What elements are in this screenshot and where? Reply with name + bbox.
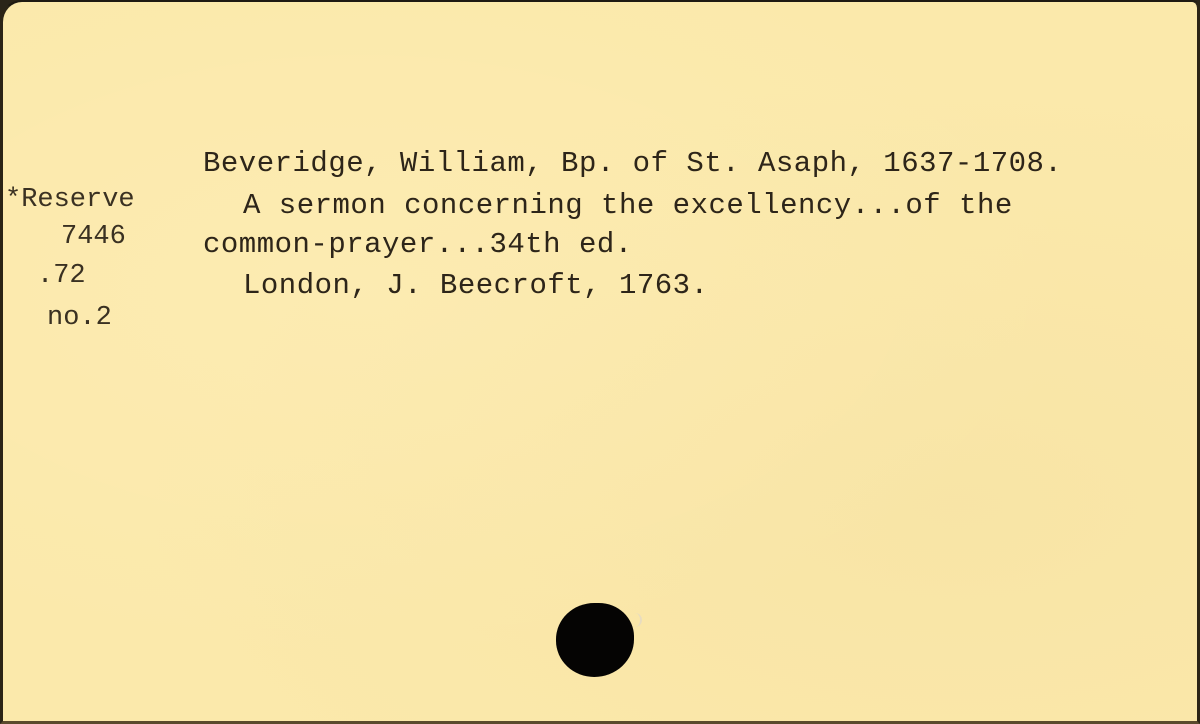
call-number-class: 7446: [61, 221, 126, 253]
punch-hole: [556, 603, 634, 677]
call-number-volume: no.2: [47, 302, 112, 334]
imprint: London, J. Beecroft, 1763.: [243, 270, 708, 302]
title-line-2: common-prayer...34th ed.: [203, 229, 633, 261]
call-number-reserve: *Reserve: [5, 184, 135, 216]
author-heading: Beveridge, William, Bp. of St. Asaph, 16…: [203, 148, 1062, 180]
catalog-card: *Reserve 7446 .72 no.2 Beveridge, Willia…: [0, 0, 1200, 724]
title-line-1: A sermon concerning the excellency...of …: [243, 190, 1013, 222]
call-number-cutter: .72: [37, 260, 86, 292]
